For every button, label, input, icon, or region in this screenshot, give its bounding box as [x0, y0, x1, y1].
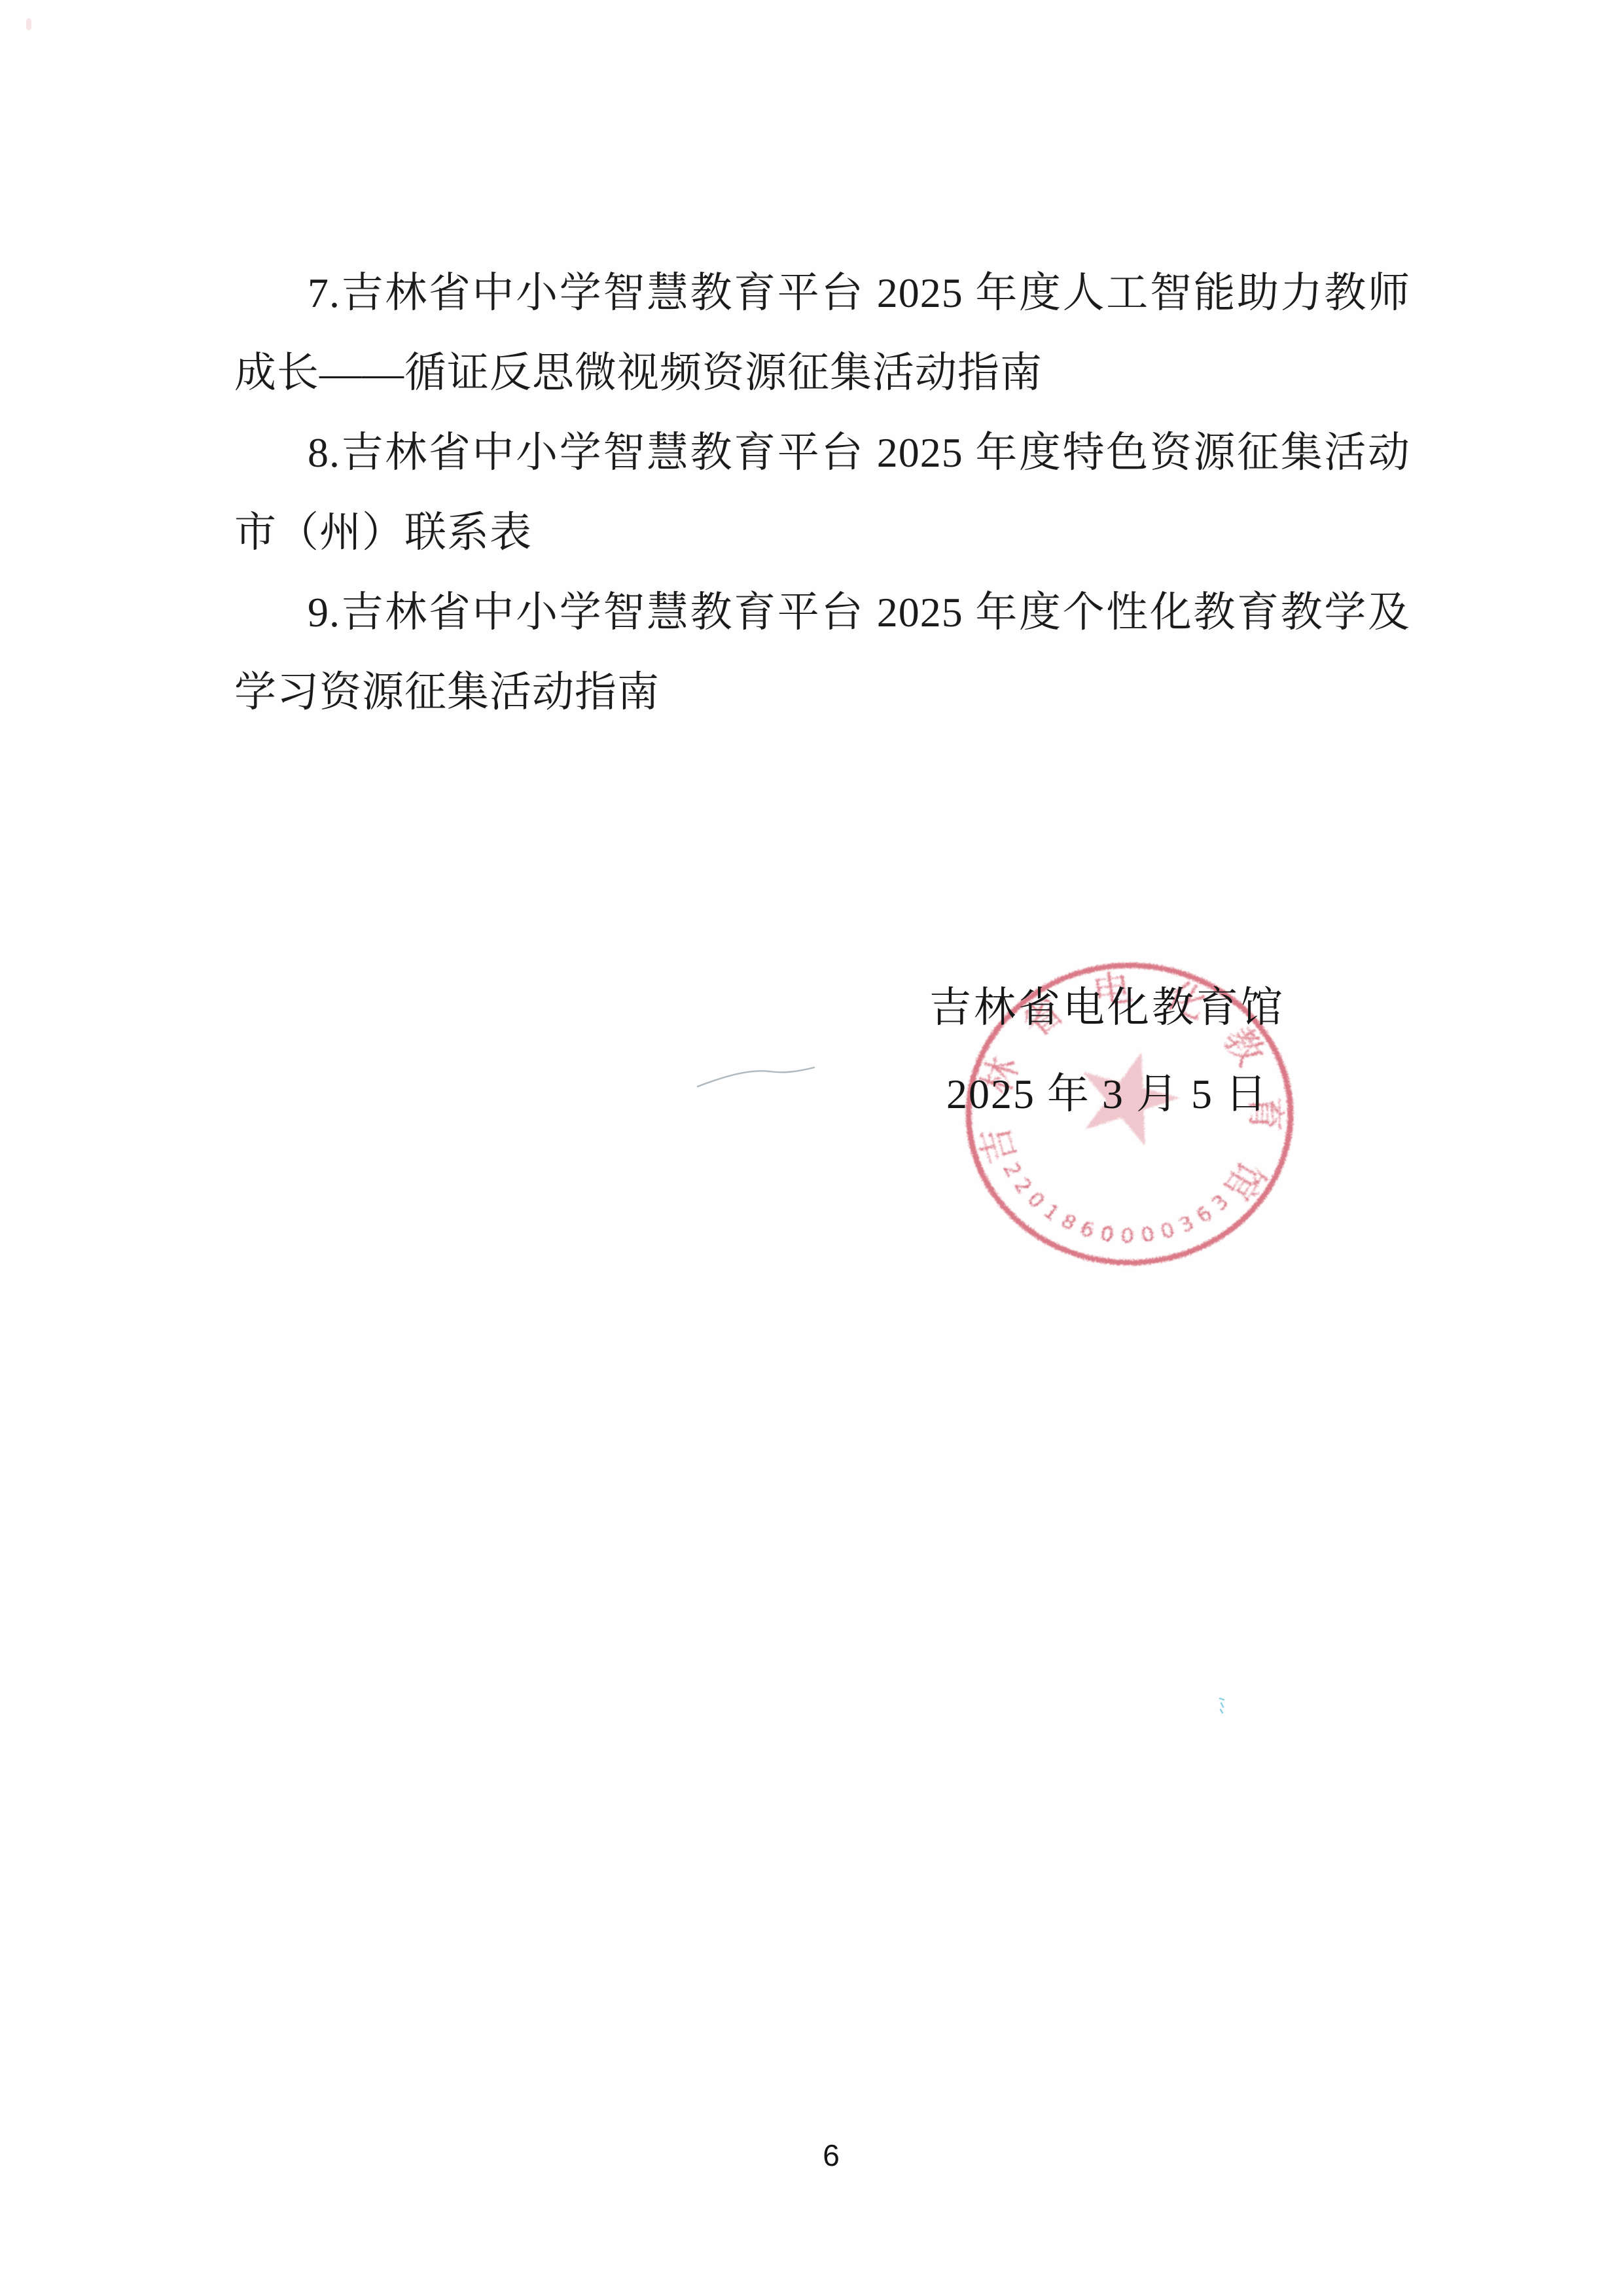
- document-page: 7.吉林省中小学智慧教育平台 2025 年度人工智能助力教师 成长——循证反思微…: [0, 0, 1623, 2296]
- attachment-item-8-line-2: 市（州）联系表: [234, 493, 1410, 573]
- signature-date: 2025 年 3 月 5 日: [838, 1069, 1377, 1119]
- page-number: 6: [811, 2139, 851, 2172]
- attachment-item-9-line-1: 9.吉林省中小学智慧教育平台 2025 年度个性化教育教学及: [234, 573, 1410, 653]
- attachment-item-8-line-1: 8.吉林省中小学智慧教育平台 2025 年度特色资源征集活动: [234, 413, 1410, 493]
- attachment-item-9-line-2: 学习资源征集活动指南: [234, 653, 1410, 732]
- attachment-item-7-line-2: 成长——循证反思微视频资源征集活动指南: [234, 333, 1410, 413]
- cyan-speck-artifact: [1216, 1696, 1228, 1715]
- signature-organization: 吉林省电化教育馆: [838, 983, 1377, 1033]
- attachment-item-7-line-1: 7.吉林省中小学智慧教育平台 2025 年度人工智能助力教师: [234, 253, 1410, 333]
- scan-hair-artifact: [692, 1059, 823, 1092]
- attachment-list: 7.吉林省中小学智慧教育平台 2025 年度人工智能助力教师 成长——循证反思微…: [234, 253, 1410, 732]
- pink-smudge-artifact: [26, 18, 31, 30]
